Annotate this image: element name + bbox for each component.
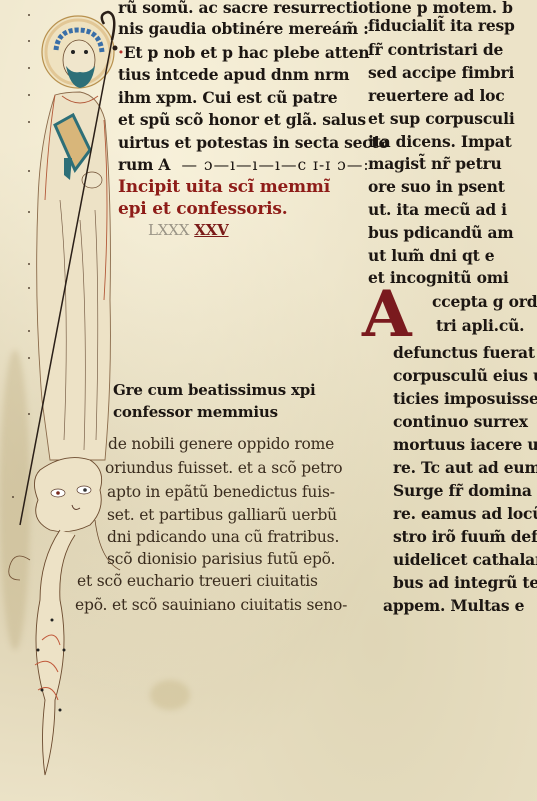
text-line: epõ. et scõ sauiniano ciuitatis seno- [75, 598, 347, 614]
text-line: stro irõ fuum̃ def [393, 529, 537, 545]
text-line: continuo surrex [393, 414, 528, 430]
text-line: rum A — ɔ—ı—ı—ı—c ɪ-ɪ ɔ—: [118, 157, 370, 174]
text-line: tione p motem. b [368, 0, 513, 16]
text-line: tius intcede apud dnm nrm [118, 67, 349, 83]
text-line: et scõ euchario treueri ciuitatis [77, 574, 318, 590]
text-line: uidelicet cathalane [393, 552, 537, 568]
rubric-title-line-2: epi et confessoris. [118, 201, 287, 218]
text-line: bus pdicandũ am [368, 225, 514, 241]
text-line: mortuus iacere u [393, 437, 537, 453]
text-line: corpusculũ eius u [393, 368, 537, 384]
text-line: sed accipe fimbri [368, 65, 514, 81]
text-fragment: rum A [118, 155, 170, 174]
rubric-title-line-1: Incipit uita scĩ memmĩ [118, 179, 330, 196]
text-line: set. et partibus galliarũ uerbũ [107, 508, 337, 524]
text-line: et spũ scõ honor et glã. salus [118, 112, 366, 128]
neume-notation: — ɔ—ı—ı—ı—c ɪ-ɪ ɔ—: [181, 156, 369, 174]
chapter-number-red: XXV [194, 221, 228, 239]
decorated-initial-A: A [362, 283, 412, 347]
text-line: re. eamus ad locũ [393, 506, 537, 522]
text-line: confessor memmius [113, 405, 278, 420]
text-line: nis gaudia obtinére mereám̃ : [118, 21, 369, 37]
text-line: ·Et p nob et p hac plebe atten [118, 45, 369, 62]
text-line: ita dicens. Impat [368, 134, 512, 150]
text-line: defunctus fuerat [393, 345, 535, 361]
text-line: de nobili genere oppido rome [108, 437, 334, 453]
text-line: ut lum̃ dni qt e [368, 248, 494, 264]
text-line: re. Tc aut ad eum [393, 460, 537, 476]
chapter-number: LXXX XXV [148, 223, 229, 238]
text-line: ut. ita mecũ ad i [368, 202, 507, 218]
text-line: fiducialit̃ ita resp [368, 18, 515, 34]
text-line: magist̃ nr̃ petru [368, 156, 502, 172]
text-line: Gre cum beatissimus xpi [113, 383, 316, 398]
text-line: ticies imposuisse [393, 391, 537, 407]
text-line: uirtus et potestas in secta secto [118, 135, 389, 151]
text-line: appem. Multas e [383, 598, 524, 614]
manuscript-page: rũ somũ. ac sacre resurrectio nis gaudia… [0, 0, 537, 801]
text-line: apto in epãtũ benedictus fuis- [107, 485, 335, 501]
text-line: oriundus fuisset. et a scõ petro [105, 461, 342, 477]
text-line: ccepta g ordi [432, 294, 537, 310]
text-line: ihm xpm. Cui est cũ patre [118, 90, 337, 106]
text-line: reuertere ad loc [368, 88, 505, 104]
text-line: fr̃ contristari de [368, 42, 503, 58]
text-line: Surge fr̃ domina [393, 483, 532, 499]
text-line: tri apli.cũ. [436, 318, 524, 334]
text-line: ore suo in psent [368, 179, 505, 195]
text-line: rũ somũ. ac sacre resurrectio [118, 0, 368, 16]
chapter-number-faded: LXXX [148, 221, 189, 239]
text-line: dni pdicando una cũ fratribus. [107, 530, 339, 546]
text-line: scõ dionisio parisius futũ epõ. [107, 552, 335, 568]
parchment-stain [150, 680, 190, 710]
text-line: et sup corpusculi [368, 111, 515, 127]
text-line: bus ad integrũ ter [393, 575, 537, 591]
